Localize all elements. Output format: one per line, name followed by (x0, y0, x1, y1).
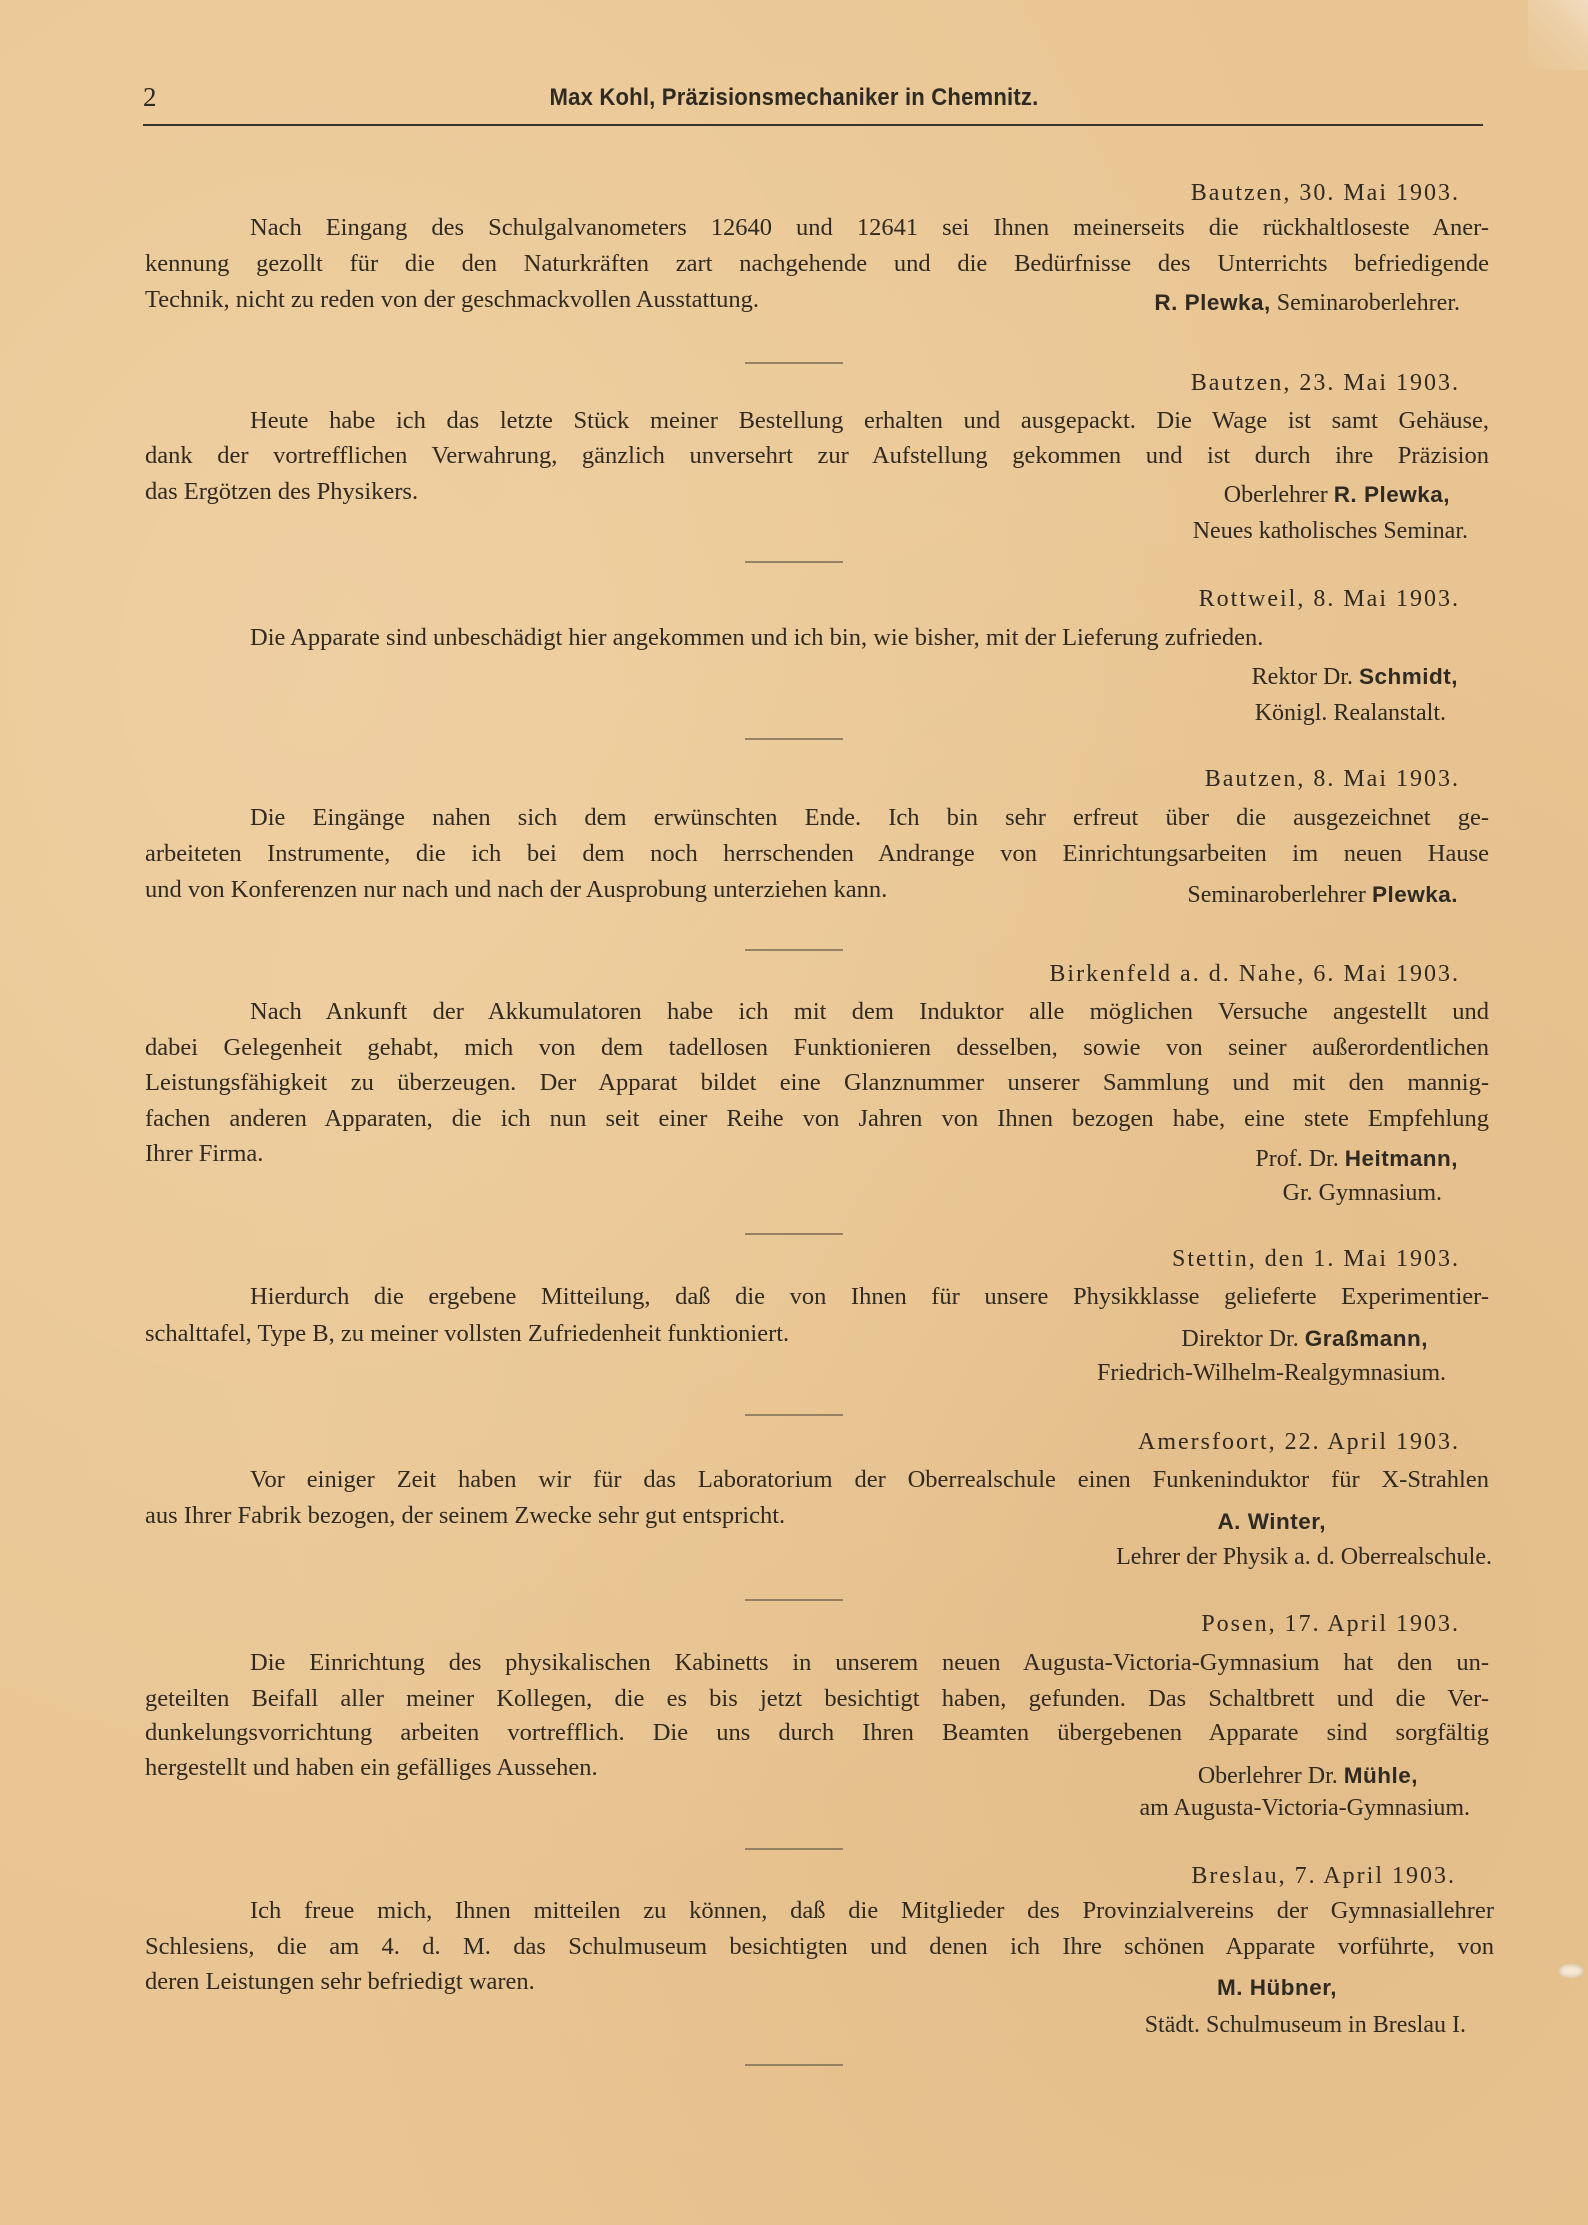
signer-title: Direktor Dr. (1181, 1326, 1298, 1352)
signer-affiliation: Gr. Gymnasium. (1283, 1180, 1442, 1207)
signer-title: Seminaroberlehrer (1187, 882, 1366, 908)
signer-affiliation: Lehrer der Physik a. d. Oberrealschule. (1116, 1544, 1492, 1571)
section-separator (745, 1848, 843, 1850)
signer-name: A. Winter, (1217, 1509, 1326, 1534)
signer-affiliation: am Augusta-Victoria-Gymnasium. (1140, 1795, 1471, 1822)
letter-text-line: Leistungsfähigkeit zu überzeugen. Der Ap… (145, 1069, 1489, 1097)
letter-date: Breslau, 7. April 1903. (1191, 1863, 1456, 1890)
section-separator (745, 738, 843, 740)
letter-text-line: Heute habe ich das letzte Stück meiner B… (250, 407, 1489, 435)
letter-text-line: Hierdurch die ergebene Mitteilung, daß d… (250, 1283, 1489, 1311)
letter-signature: R. Plewka, Seminaroberlehrer. (1154, 290, 1460, 317)
letter-text-line: dabei Gelegenheit gehabt, mich von dem t… (145, 1034, 1489, 1062)
signer-title: Seminaroberlehrer. (1277, 290, 1460, 316)
letter-text-line: Ich freue mich, Ihnen mitteilen zu könne… (250, 1897, 1494, 1925)
section-separator (745, 1233, 843, 1235)
letter-signature: Direktor Dr. Graßmann, (1181, 1326, 1428, 1353)
letter-date: Posen, 17. April 1903. (1201, 1611, 1460, 1638)
letter-text-line: Nach Ankunft der Akkumulatoren habe ich … (250, 998, 1489, 1026)
signer-affiliation: Städt. Schulmuseum in Breslau I. (1145, 2012, 1466, 2039)
letter-text-line: Schlesiens, die am 4. d. M. das Schulmus… (145, 1933, 1494, 1961)
paper-punch-hole (1558, 1964, 1584, 1978)
signer-affiliation: Königl. Realanstalt. (1255, 700, 1446, 727)
letter-date: Bautzen, 30. Mai 1903. (1191, 180, 1460, 207)
letter-text-line: Die Apparate sind unbeschädigt hier ange… (250, 624, 1489, 652)
letter-text-line: Die Einrichtung des physikalischen Kabin… (250, 1649, 1489, 1677)
header-rule (143, 124, 1483, 126)
signer-title: Prof. Dr. (1255, 1146, 1338, 1172)
signer-title: Oberlehrer Dr. (1198, 1763, 1338, 1789)
letter-signature: Prof. Dr. Heitmann, (1255, 1146, 1458, 1173)
section-separator (745, 1599, 843, 1601)
signer-title: Rektor Dr. (1252, 664, 1353, 690)
letter-text-line: dank der vortrefflichen Verwahrung, gänz… (145, 442, 1489, 470)
section-separator (745, 362, 843, 364)
letter-text-line: dunkelungsvorrichtung arbeiten vortreffl… (145, 1719, 1489, 1747)
signer-name: M. Hübner, (1217, 1975, 1337, 2000)
signer-name: R. Plewka, (1334, 482, 1450, 507)
signer-title: Oberlehrer (1224, 482, 1328, 508)
letter-text-line: Nach Eingang des Schulgalvanometers 1264… (250, 214, 1489, 242)
letter-date: Amersfoort, 22. April 1903. (1138, 1429, 1460, 1456)
letter-text-line: fachen anderen Apparaten, die ich nun se… (145, 1105, 1489, 1133)
letter-date: Birkenfeld a. d. Nahe, 6. Mai 1903. (1049, 961, 1460, 988)
letter-signature: Oberlehrer R. Plewka, (1224, 482, 1450, 509)
signer-name: R. Plewka, (1154, 290, 1270, 315)
letter-signature: Oberlehrer Dr. Mühle, (1198, 1763, 1418, 1790)
letter-text-line: geteilten Beifall aller meiner Kollegen,… (145, 1685, 1489, 1713)
signer-name: Plewka. (1372, 882, 1458, 907)
section-separator (745, 2064, 843, 2066)
section-separator (745, 561, 843, 563)
signer-affiliation: Neues katholisches Seminar. (1193, 518, 1468, 545)
letter-signature: A. Winter, (1217, 1509, 1326, 1536)
section-separator (745, 949, 843, 951)
letter-text-line: kennung gezollt für die den Naturkräften… (145, 250, 1489, 278)
signer-name: Schmidt, (1359, 664, 1458, 689)
signer-name: Graßmann, (1305, 1326, 1428, 1351)
letter-signature: M. Hübner, (1217, 1975, 1337, 2002)
letter-signature: Rektor Dr. Schmidt, (1252, 664, 1458, 691)
letter-date: Bautzen, 23. Mai 1903. (1191, 370, 1460, 397)
signer-name: Mühle, (1344, 1763, 1418, 1788)
paper-corner-fold (1528, 0, 1588, 70)
signer-affiliation: Friedrich-Wilhelm-Realgymnasium. (1097, 1360, 1446, 1387)
signer-name: Heitmann, (1345, 1146, 1458, 1171)
letter-date: Rottweil, 8. Mai 1903. (1199, 586, 1460, 613)
letter-date: Stettin, den 1. Mai 1903. (1172, 1246, 1460, 1273)
letter-text-line: Die Eingänge nahen sich dem erwünschten … (250, 804, 1489, 832)
section-separator (745, 1414, 843, 1416)
letter-text-line: Vor einiger Zeit haben wir für das Labor… (250, 1466, 1489, 1494)
letter-date: Bautzen, 8. Mai 1903. (1205, 766, 1460, 793)
running-title: Max Kohl, Präzisionsmechaniker in Chemni… (64, 84, 1525, 112)
letter-signature: Seminaroberlehrer Plewka. (1187, 882, 1458, 909)
letter-text-line: arbeiteten Instrumente, die ich bei dem … (145, 840, 1489, 868)
